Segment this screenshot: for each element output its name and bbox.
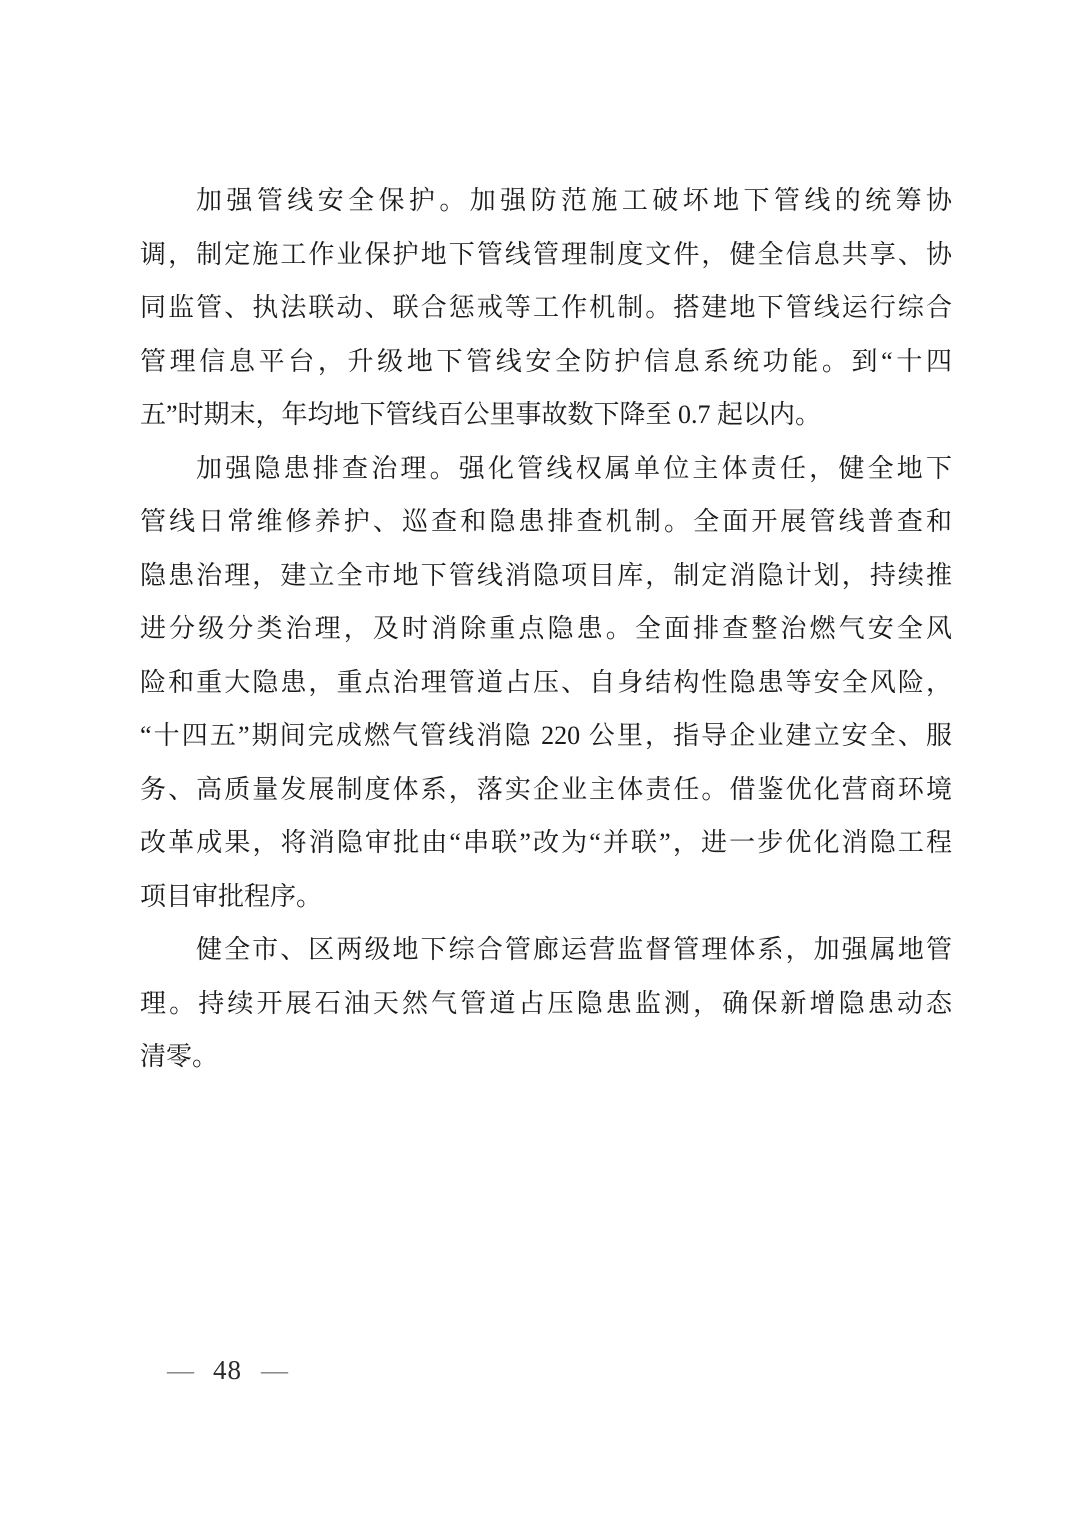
text-line: 险和重大隐患，重点治理管道占压、自身结构性隐患等安全风险， — [140, 656, 952, 710]
page-footer: — 48 — — [167, 1355, 288, 1385]
text-line: 理。持续开展石油天然气管道占压隐患监测，确保新增隐患动态 — [140, 977, 952, 1031]
text-line: 同监管、执法联动、联合惩戒等工作机制。搭建地下管线运行综合 — [140, 281, 952, 335]
footer-dash-left: — — [167, 1355, 194, 1385]
text-line: 管线日常维修养护、巡查和隐患排查机制。全面开展管线普查和 — [140, 495, 952, 549]
text-line: 清零。 — [140, 1030, 952, 1084]
text-line: 项目审批程序。 — [140, 870, 952, 924]
text-line: 调，制定施工作业保护地下管线管理制度文件，健全信息共享、协 — [140, 228, 952, 282]
text-line: 进分级分类治理，及时消除重点隐患。全面排查整治燃气安全风 — [140, 602, 952, 656]
text-line: “十四五”期间完成燃气管线消隐 220 公里，指导企业建立安全、服 — [140, 709, 952, 763]
document-body: 加强管线安全保护。加强防范施工破坏地下管线的统筹协 调，制定施工作业保护地下管线… — [140, 174, 952, 1084]
text-line: 加强管线安全保护。加强防范施工破坏地下管线的统筹协 — [140, 174, 952, 228]
footer-dash-right: — — [261, 1355, 288, 1385]
paragraph-1: 加强管线安全保护。加强防范施工破坏地下管线的统筹协 调，制定施工作业保护地下管线… — [140, 174, 952, 442]
text-line: 五”时期末，年均地下管线百公里事故数下降至 0.7 起以内。 — [140, 388, 952, 442]
text-line: 务、高质量发展制度体系，落实企业主体责任。借鉴优化营商环境 — [140, 763, 952, 817]
text-line: 管理信息平台，升级地下管线安全防护信息系统功能。到“十四 — [140, 335, 952, 389]
text-line: 健全市、区两级地下综合管廊运营监督管理体系，加强属地管 — [140, 923, 952, 977]
paragraph-2: 加强隐患排查治理。强化管线权属单位主体责任，健全地下 管线日常维修养护、巡查和隐… — [140, 442, 952, 924]
page-number: 48 — [213, 1355, 242, 1385]
paragraph-3: 健全市、区两级地下综合管廊运营监督管理体系，加强属地管 理。持续开展石油天然气管… — [140, 923, 952, 1084]
text-line: 隐患治理，建立全市地下管线消隐项目库，制定消隐计划，持续推 — [140, 549, 952, 603]
text-line: 加强隐患排查治理。强化管线权属单位主体责任，健全地下 — [140, 442, 952, 496]
document-page: 加强管线安全保护。加强防范施工破坏地下管线的统筹协 调，制定施工作业保护地下管线… — [0, 0, 1080, 1527]
text-line: 改革成果，将消隐审批由“串联”改为“并联”，进一步优化消隐工程 — [140, 816, 952, 870]
